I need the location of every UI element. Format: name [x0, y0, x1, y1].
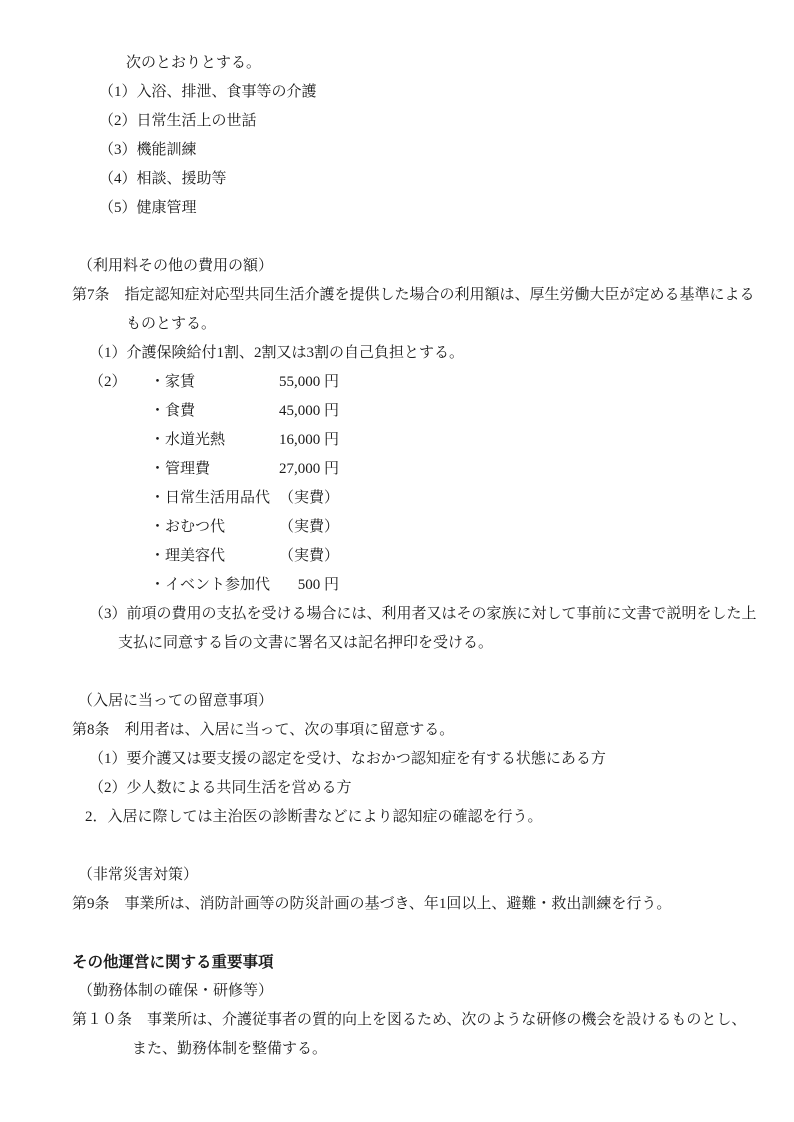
service-item-4: （4）相談、援助等 [0, 165, 794, 194]
fee-row: ・日常生活用品代 （実費） [0, 484, 794, 513]
fee-label: ・おむつ代 [150, 513, 273, 542]
blank-line [0, 223, 794, 252]
document-page: 次のとおりとする。 （1）入浴、排泄、食事等の介護 （2）日常生活上の世話 （3… [0, 0, 794, 1122]
article-8-item-1: （1）要介護又は要支援の認定を受け、なおかつ認知症を有する状態にある方 [0, 745, 794, 774]
fee-row: ・水道光熱 16,000 円 [0, 426, 794, 455]
move-in-section-heading: （入居に当っての留意事項） [0, 687, 794, 716]
fee-item-number [89, 484, 150, 513]
fee-item-number [89, 397, 150, 426]
fee-item-number [89, 513, 150, 542]
article-10-line-2: また、勤務体制を整備する。 [0, 1035, 794, 1064]
article-7-item-3-line-2: 支払に同意する旨の文書に署名又は記名押印を受ける。 [0, 629, 794, 658]
blank-line [0, 658, 794, 687]
service-item-1: （1）入浴、排泄、食事等の介護 [0, 78, 794, 107]
fee-label: ・食費 [150, 397, 273, 426]
article-7-line-1: 第7条 指定認知症対応型共同生活介護を提供した場合の利用額は、厚生労働大臣が定め… [0, 281, 794, 310]
article-10-line-1: 第１０条 事業所は、介護従事者の質的向上を図るため、次のような研修の機会を設ける… [0, 1006, 794, 1035]
fee-row: （2） ・家賃 55,000 円 [0, 368, 794, 397]
fee-label: ・家賃 [150, 368, 273, 397]
article-8-item-2: （2）少人数による共同生活を営める方 [0, 774, 794, 803]
article-7-item-3-line-1: （3）前項の費用の支払を受ける場合には、利用者又はその家族に対して事前に文書で説… [0, 600, 794, 629]
other-important-matters-title: その他運営に関する重要事項 [0, 948, 794, 977]
disaster-section-heading: （非常災害対策） [0, 861, 794, 890]
fee-amount: 55,000 円 [273, 368, 339, 397]
fee-item-number [89, 571, 150, 600]
fee-amount: 27,000 円 [273, 455, 339, 484]
fee-label: ・日常生活用品代 [150, 484, 273, 513]
article-7-line-2: ものとする。 [0, 310, 794, 339]
fee-amount: （実費） [273, 542, 339, 571]
fee-amount: （実費） [273, 484, 339, 513]
article-9-line: 第9条 事業所は、消防計画等の防災計画の基づき、年1回以上、避難・救出訓練を行う… [0, 890, 794, 919]
fee-amount: （実費） [273, 513, 339, 542]
fee-item-number [89, 455, 150, 484]
fee-row: ・おむつ代 （実費） [0, 513, 794, 542]
blank-line [0, 919, 794, 948]
article-8-line: 第8条 利用者は、入居に当って、次の事項に留意する。 [0, 716, 794, 745]
fee-amount: 45,000 円 [273, 397, 339, 426]
fee-item-number [89, 542, 150, 571]
fee-label: ・水道光熱 [150, 426, 273, 455]
fee-label: ・管理費 [150, 455, 273, 484]
fee-item-number: （2） [89, 368, 150, 397]
fees-section-heading: （利用料その他の費用の額） [0, 252, 794, 281]
blank-line [0, 832, 794, 861]
fee-item-number [89, 426, 150, 455]
article-7-item-1: （1）介護保険給付1割、2割又は3割の自己負担とする。 [0, 339, 794, 368]
fee-amount: 16,000 円 [273, 426, 339, 455]
fee-row: ・管理費 27,000 円 [0, 455, 794, 484]
fee-label: ・イベント参加代 [150, 571, 273, 600]
fee-amount: 500 円 [273, 571, 339, 600]
fee-row: ・イベント参加代 500 円 [0, 571, 794, 600]
staffing-section-heading: （勤務体制の確保・研修等） [0, 977, 794, 1006]
service-item-3: （3）機能訓練 [0, 136, 794, 165]
fee-label: ・理美容代 [150, 542, 273, 571]
service-item-2: （2）日常生活上の世話 [0, 107, 794, 136]
fee-row: ・理美容代 （実費） [0, 542, 794, 571]
article-8-paragraph-2: 2．入居に際しては主治医の診断書などにより認知症の確認を行う。 [0, 803, 794, 832]
intro-continuation-text: 次のとおりとする。 [0, 49, 794, 78]
fee-row: ・食費 45,000 円 [0, 397, 794, 426]
service-item-5: （5）健康管理 [0, 194, 794, 223]
